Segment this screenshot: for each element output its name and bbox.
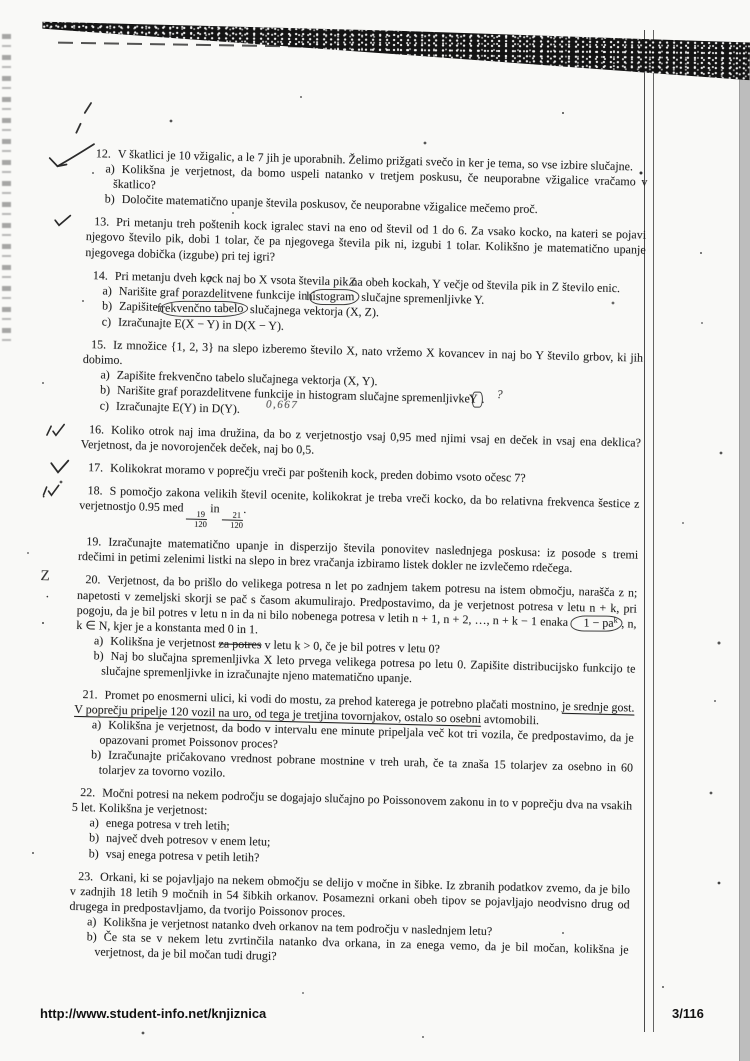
problem-text: S pomočjo zakona velikih števil ocenite,… bbox=[79, 484, 640, 515]
problem-text: Pri metanju treh poštenih kock igralec s… bbox=[85, 215, 646, 263]
problem-text: Koliko otrok naj ima družina, da bo z ve… bbox=[81, 423, 642, 457]
problem-number: 18. bbox=[87, 483, 102, 497]
checkmark-icon bbox=[50, 459, 70, 474]
subitem-label: c) bbox=[99, 398, 109, 412]
hand-circled-variable: Y bbox=[472, 392, 483, 408]
subitem-label: a) bbox=[87, 914, 97, 928]
problem-14: 14.Pri metanju dveh kock naj bo X vsota … bbox=[84, 268, 645, 343]
problem-text: in bbox=[207, 501, 223, 515]
subitem-text: slučajnega vektorja (X, Z). bbox=[247, 302, 379, 319]
subitem-text: enega potresa v treh letih; bbox=[106, 816, 230, 833]
footer-url: http://www.student-info.net/knjiznica bbox=[40, 1006, 266, 1021]
problem-21: 21.Promet po enosmerni ulici, ki vodi do… bbox=[73, 686, 635, 790]
fraction-denominator: 120 bbox=[186, 520, 207, 529]
problem-number: 12. bbox=[96, 146, 111, 160]
subitem-text: graf porazdelitvene bbox=[160, 285, 253, 301]
problem-15: 15.Iz množice {1, 2, 3} na slepo izberem… bbox=[81, 337, 643, 428]
formula-base: 1 − pa bbox=[583, 615, 613, 629]
scanned-document-page: { "footer": { "url": "http://www.student… bbox=[0, 0, 750, 1061]
subitem-text: slučajne spremenljivke Y. bbox=[358, 289, 484, 306]
subitem-label: b) bbox=[87, 929, 97, 943]
subitem-text: Izračunajte E(Y) in D(Y). bbox=[116, 399, 240, 416]
problem-13: 13.Pri metanju treh poštenih kock igrale… bbox=[85, 214, 646, 273]
subitem-label: a) bbox=[92, 717, 102, 731]
subitem-text: Kolikšna je verjetnost bbox=[110, 634, 219, 651]
handwritten-estimate: 0,667 bbox=[266, 398, 299, 411]
scan-edge-strip bbox=[739, 55, 750, 1061]
subitem-label: b) bbox=[89, 831, 99, 845]
problem-text: Izračunajte matematično upanje in disper… bbox=[78, 535, 639, 575]
subitem-text: Zapišite bbox=[119, 299, 161, 314]
problem-number: 20. bbox=[85, 572, 100, 586]
subitem-label: a) bbox=[89, 816, 99, 830]
problem-18: 18.S pomočjo zakona velikih števil oceni… bbox=[79, 483, 640, 540]
problem-text: Iz množice {1, 2, 3} na slepo izberemo š… bbox=[83, 338, 644, 367]
checkmark-icon bbox=[54, 215, 72, 229]
subitem-label: a) bbox=[94, 634, 104, 648]
subitem-label: a) bbox=[102, 283, 112, 297]
checkmark-icon bbox=[41, 483, 60, 498]
subitem-text: funkcije in bbox=[253, 287, 311, 302]
subitem-label: b) bbox=[91, 747, 101, 761]
formula-exponent: k bbox=[613, 615, 617, 624]
hand-circled-words: frekvenčno tabelo bbox=[160, 301, 248, 317]
handwritten-question-mark: ? bbox=[496, 387, 502, 401]
problem-sheet: 12.V škatlici je 10 vžigalic, a le 7 jih… bbox=[68, 146, 648, 981]
subitem-label: c) bbox=[102, 314, 112, 328]
problem-number: 16. bbox=[89, 422, 104, 436]
footer-page-number: 3/116 bbox=[672, 1006, 704, 1021]
problem-text: Močni potresi na nekem področju se dogaj… bbox=[72, 786, 633, 818]
scan-specks bbox=[0, 0, 2, 2]
problem-number: 22. bbox=[80, 785, 95, 799]
subitem-label: b) bbox=[102, 299, 112, 313]
subitem-label: b) bbox=[89, 846, 99, 860]
problem-number: 23. bbox=[78, 869, 93, 883]
problem-number: 21. bbox=[82, 687, 97, 701]
problem-19: 19.Izračunajte matematično upanje in dis… bbox=[78, 534, 639, 578]
subitem-label: b) bbox=[100, 383, 110, 397]
problem-number: 13. bbox=[94, 215, 109, 229]
vertical-rule-line-2 bbox=[653, 30, 654, 1032]
subitem-label: b) bbox=[105, 192, 115, 206]
hand-circled-formula: 1 − pak bbox=[570, 615, 622, 631]
problem-text: avtomobili. bbox=[481, 711, 539, 726]
problem-number: 14. bbox=[93, 268, 108, 282]
left-margin-scan-marks bbox=[2, 34, 11, 344]
fraction: 19120 bbox=[186, 510, 207, 529]
problem-text: Kolikokrat moramo v poprečju vreči par p… bbox=[110, 461, 526, 485]
problem-number: 17. bbox=[88, 460, 103, 474]
problem-23: 23.Orkani, ki se pojavljajo na nekem obm… bbox=[68, 868, 630, 972]
subitem-text: Narišite bbox=[119, 284, 160, 299]
subitem-label: a) bbox=[105, 162, 115, 176]
subitem-label: a) bbox=[100, 368, 110, 382]
problem-number: 15. bbox=[91, 337, 106, 351]
hand-struck-words: za potres bbox=[218, 637, 261, 652]
subitem-text: Izračunajte E(X − Y) in D(X − Y). bbox=[118, 315, 284, 333]
fraction: 21120 bbox=[222, 511, 243, 530]
problem-16: 16.Koliko otrok naj ima družina, da bo z… bbox=[81, 422, 642, 466]
problem-number: 19. bbox=[86, 534, 101, 548]
annotated-words: graf porazdelitvene? bbox=[160, 285, 253, 301]
problem-text: . bbox=[243, 502, 246, 516]
handwritten-dash-marks-icon bbox=[72, 100, 95, 145]
problem-22: 22.Močni potresi na nekem področju se do… bbox=[71, 785, 633, 874]
hand-circled-word: histogram bbox=[309, 289, 359, 305]
annotated-words: histogramZ bbox=[310, 288, 358, 303]
subitem-label: b) bbox=[93, 649, 103, 663]
problem-12: 12.V škatlici je 10 vžigalic, a le 7 jih… bbox=[87, 146, 648, 220]
problem-20: Z . 20.Verjetnost, da bo prišlo do velik… bbox=[75, 572, 637, 692]
handwritten-margin-dot: . bbox=[46, 586, 50, 601]
checkmark-icon bbox=[45, 423, 65, 437]
subitem-text: vsaj enega potresa v petih letih? bbox=[106, 846, 260, 864]
checkmark-icon bbox=[47, 141, 96, 172]
handwritten-margin-letter: Z bbox=[40, 569, 50, 584]
fraction-denominator: 120 bbox=[222, 521, 243, 530]
problem-text: Orkani, ki se pojavljajo na nekem območj… bbox=[69, 869, 630, 919]
